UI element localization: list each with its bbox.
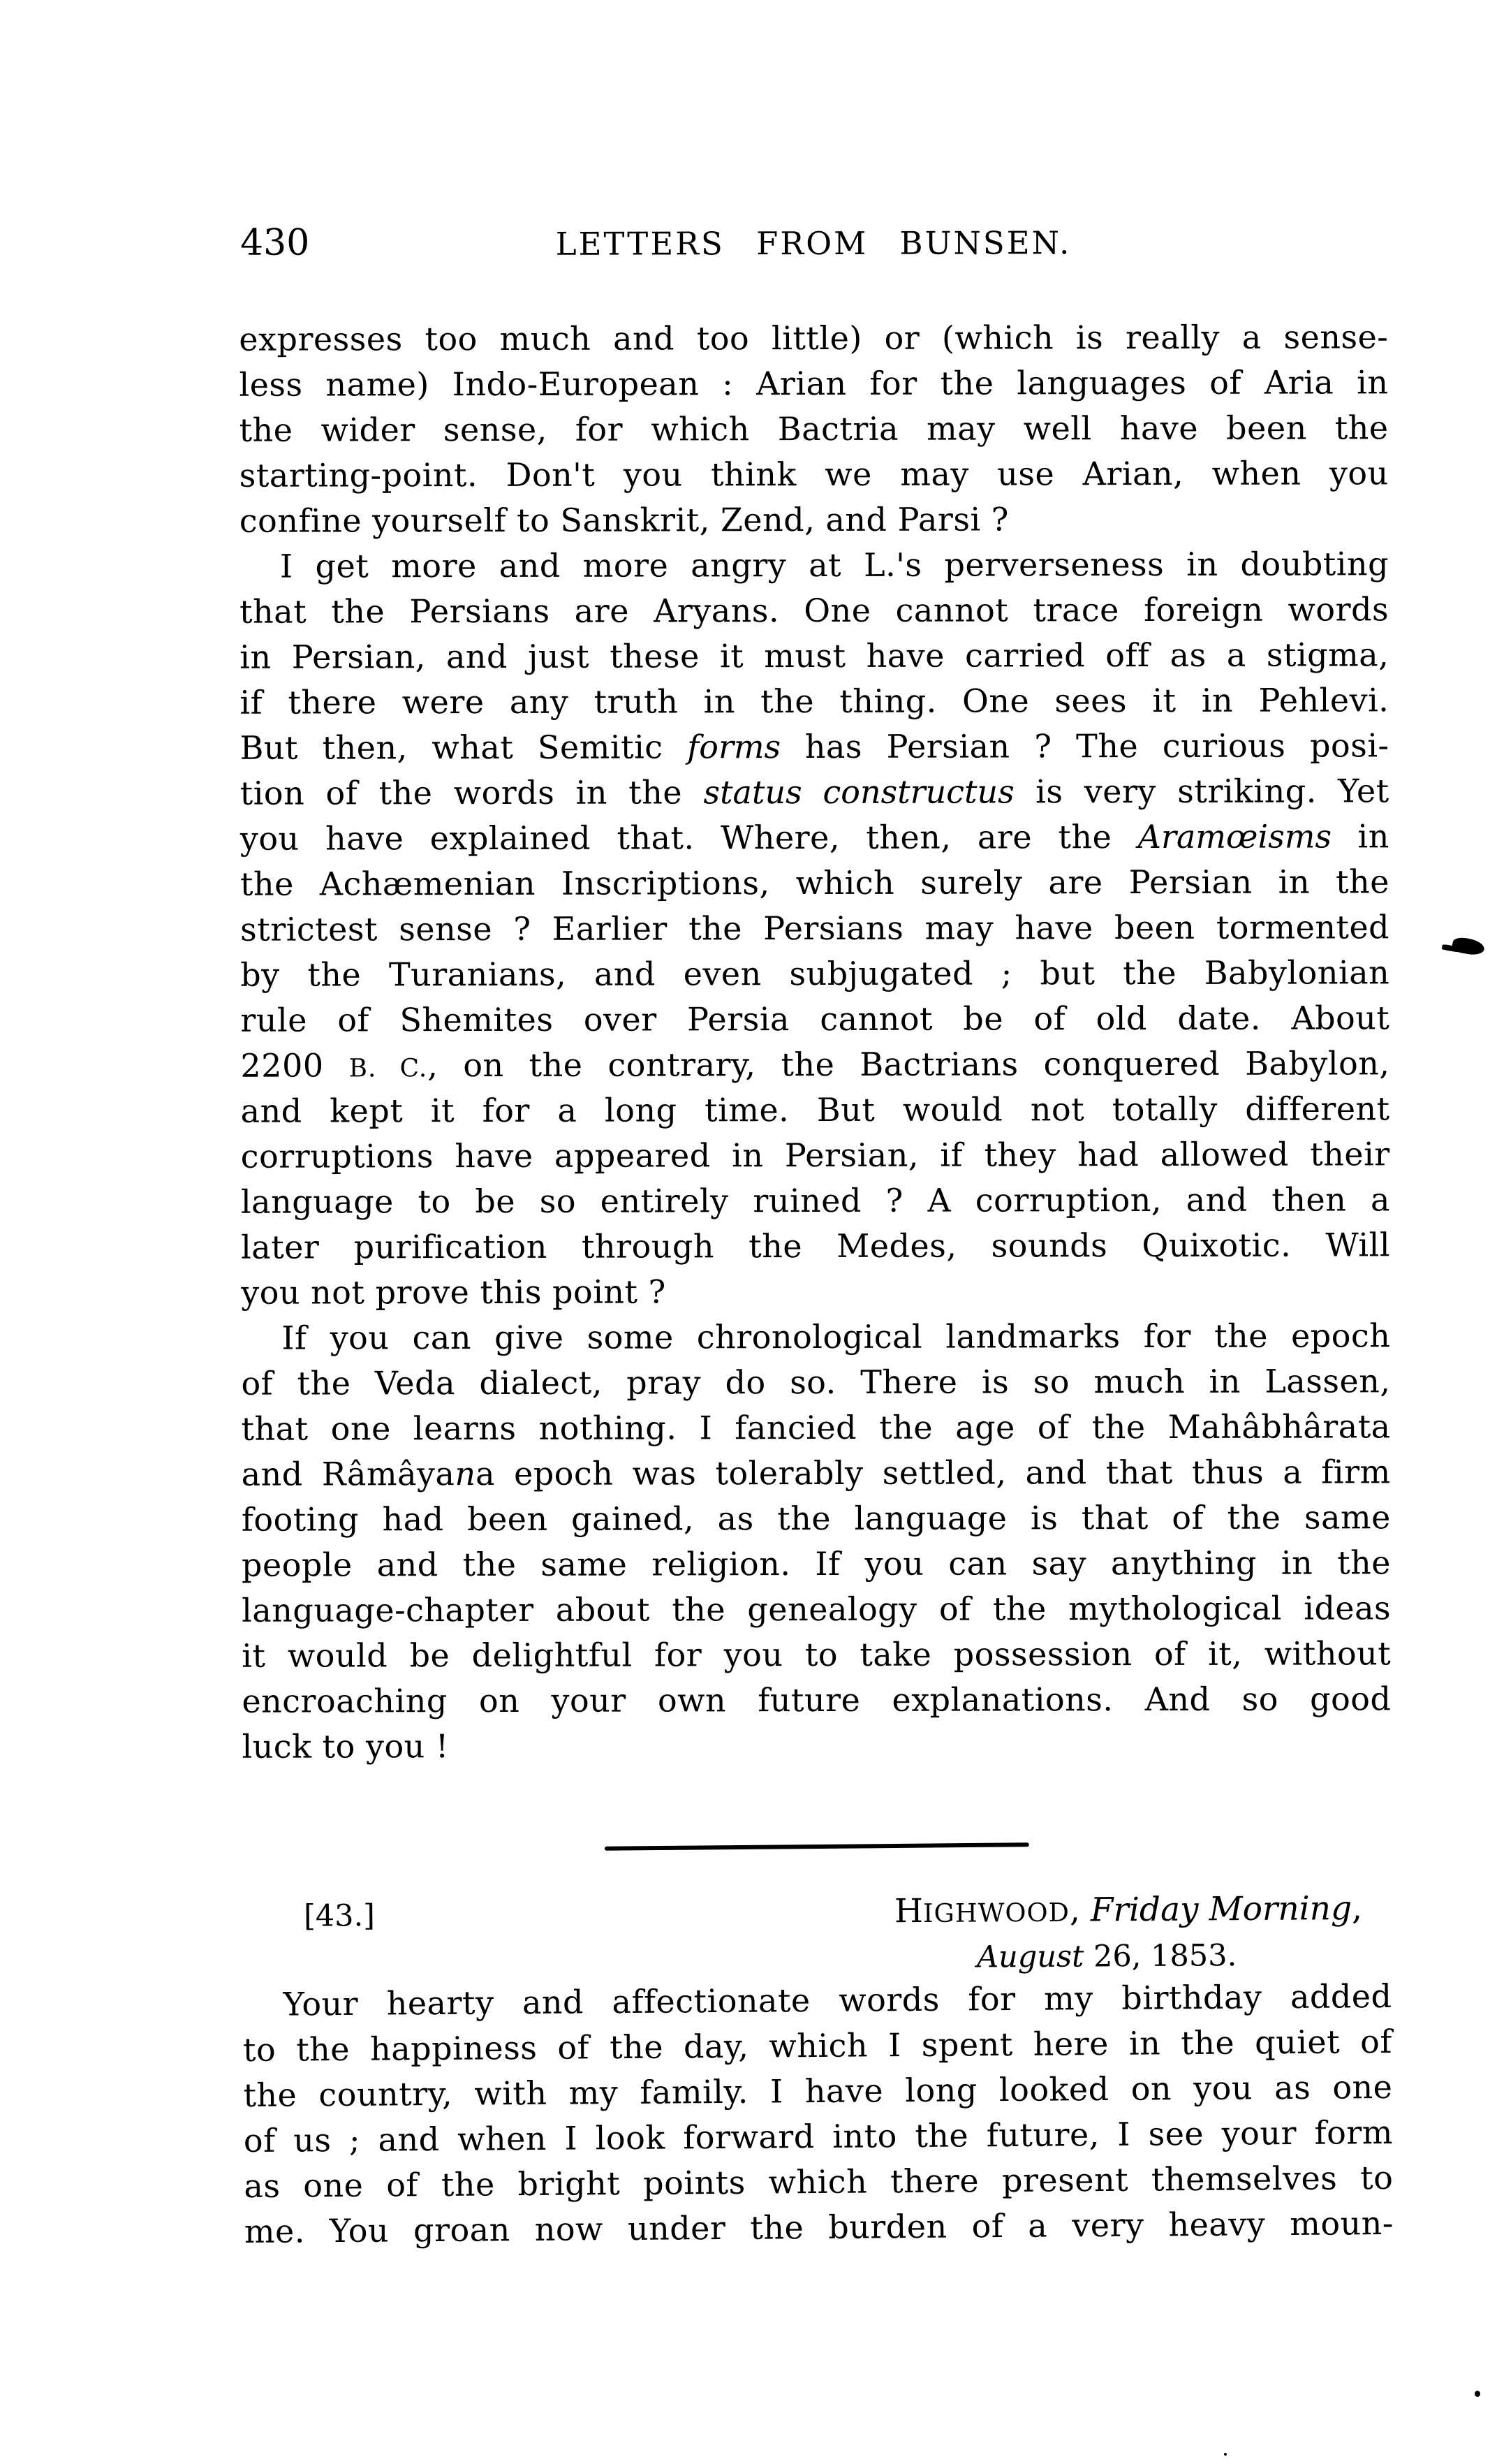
text-line: as one of the bright points which there … — [244, 2155, 1393, 2209]
text-block: 430 LETTERS FROM BUNSEN. expresses too m… — [238, 0, 1392, 2464]
italic-text: forms — [687, 728, 781, 765]
text-line: 2200 b. c., on the contrary, the Bactria… — [240, 1041, 1389, 1088]
text-line: the country, with my family. I have long… — [243, 2065, 1392, 2118]
letter-number: [43.] — [304, 1898, 375, 1935]
text-line: of us ; and when I look forward into the… — [244, 2110, 1393, 2164]
text-line: language-chapter about the genealogy of … — [242, 1585, 1391, 1633]
text-line: rule of Shemites over Persia cannot be o… — [240, 995, 1389, 1043]
text-line: and Râmâyana epoch was tolerably settled… — [242, 1449, 1391, 1497]
text-line: footing had been gained, as the language… — [242, 1495, 1391, 1542]
text-line: But then, what Semitic forms has Persian… — [239, 723, 1389, 770]
page-header: 430 LETTERS FROM BUNSEN. — [239, 221, 1388, 265]
letter-date-line: August 26, 1853. — [242, 1937, 1392, 1980]
text-line: starting-point. Don't you think we may u… — [239, 450, 1389, 498]
text-line: me. You groan now under the burden of a … — [244, 2201, 1394, 2254]
text-line: corruptions have appeared in Persian, if… — [241, 1131, 1390, 1179]
text-line: and kept it for a long time. But would n… — [241, 1086, 1390, 1134]
text-line: expresses too much and too little) or (w… — [239, 314, 1388, 362]
letter-42-body: expresses too much and too little) or (w… — [239, 314, 1391, 1769]
text-line: that the Persians are Aryans. One cannot… — [239, 587, 1389, 634]
text-line: less name) Indo-European : Arian for the… — [239, 360, 1388, 407]
running-title: LETTERS FROM BUNSEN. — [239, 225, 1388, 262]
text-line: the wider sense, for which Bactria may w… — [239, 405, 1389, 453]
small-caps-text: b. c. — [349, 1054, 428, 1083]
text-line: if there were any truth in the thing. On… — [239, 677, 1389, 725]
italic-text: status constructus — [703, 772, 1014, 811]
text-line: to the happiness of the day, which I spe… — [243, 2019, 1392, 2073]
scan-speck — [1475, 2391, 1480, 2397]
text-line: If you can give some chronological landm… — [241, 1313, 1390, 1361]
italic-text: Friday Morning — [1091, 1889, 1352, 1929]
text-line: people and the same religion. If you can… — [242, 1540, 1391, 1587]
text-line: that one learns nothing. I fancied the a… — [242, 1404, 1391, 1451]
text-line: later purification through the Medes, so… — [241, 1222, 1390, 1270]
text-line: in Persian, and just these it must have … — [239, 632, 1389, 680]
text-line: language to be so entirely ruined ? A co… — [241, 1177, 1390, 1224]
text-line: tion of the words in the status construc… — [240, 768, 1389, 816]
text-line: by the Turanians, and even subjugated ; … — [240, 950, 1389, 997]
text-line: the Achæmenian Inscriptions, which surel… — [240, 859, 1389, 907]
letter-43-heading: [43.] Highwood, Friday Morning, — [242, 1891, 1392, 1937]
section-divider-rule — [605, 1842, 1029, 1851]
small-caps-text: ighwood — [923, 1898, 1070, 1928]
text-line: you have explained that. Where, then, ar… — [240, 814, 1389, 861]
text-line: luck to you ! — [242, 1722, 1391, 1769]
text-line: it would be delightful for you to take p… — [242, 1631, 1391, 1678]
italic-text: n — [455, 1455, 475, 1493]
italic-text: Aramœisms — [1138, 817, 1332, 856]
text-line: of the Veda dialect, pray do so. There i… — [241, 1358, 1390, 1406]
letter-43-body: Your hearty and affectionate words for m… — [242, 1974, 1394, 2254]
text-line: you not prove this point ? — [241, 1268, 1390, 1315]
text-line: confine yourself to Sanskrit, Zend, and … — [239, 496, 1389, 543]
text-line: Your hearty and affectionate words for m… — [242, 1974, 1392, 2027]
scan-speck — [1224, 2453, 1227, 2456]
ink-blot-artifact — [1451, 936, 1485, 957]
text-line: strictest sense ? Earlier the Persians m… — [240, 904, 1389, 952]
italic-text: August — [977, 1939, 1084, 1975]
text-line: I get more and more angry at L.'s perver… — [239, 541, 1389, 589]
text-line: encroaching on your own future explanati… — [242, 1676, 1391, 1724]
letter-place-line: Highwood, Friday Morning, — [894, 1891, 1362, 1932]
